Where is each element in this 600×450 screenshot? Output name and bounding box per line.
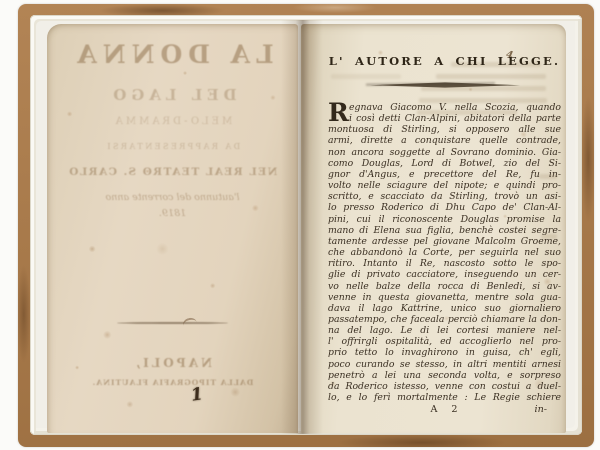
bleed-theater-line: NEL REAL TEATRO S. CARLO (47, 166, 298, 178)
text-line: glie di privato cacciatore, inseguendo u… (328, 269, 561, 280)
page-heading: L' AUTORE A CHI LEGGE. (328, 54, 561, 68)
text-line: egnava Giacomo V. nella Scozia, quando (349, 102, 561, 113)
body-lines: egnava Giacomo V. nella Scozia, quandoi … (328, 102, 561, 403)
text-line: prio tetto lo invaghirono in guisa, ch' … (328, 347, 561, 358)
bleed-year-line: 1819. (47, 208, 298, 219)
text-line: montuosa di Stirling, si opposero alle s… (328, 124, 561, 135)
text-line: poco curando se stesso, in altri mentiti… (328, 359, 561, 370)
bleed-imprint-press: DALLA TIPOGRAFIA FLAUTINA. (47, 378, 298, 387)
bleed-title-line2: DEL LAGO (47, 86, 298, 104)
bleed-season-line: l'autunno del corrente anno (47, 192, 298, 203)
drop-cap: R (328, 102, 349, 123)
bleed-subtitle1: MELO-DRAMMA (47, 116, 298, 127)
text-line: volto nelle sciagure del nipote; e quind… (328, 180, 561, 191)
body-text: R egnava Giacomo V. nella Scozia, quando… (328, 102, 561, 415)
text-line: vo nelle balze della rocca di Benledi, s… (328, 281, 561, 292)
text-line: lo, e lo ferì mortalmente : Le Regie sch… (328, 392, 561, 403)
text-line: passatempo, che faceala perciò chiamare … (328, 314, 561, 325)
text-line: lo presso Roderico di Dhu Capo de' Clan-… (328, 202, 561, 213)
text-line: da Roderico istesso, venne con costui a … (328, 381, 561, 392)
text-line: scritto, e scacciato da Stirling, trovò … (328, 191, 561, 202)
text-line: armi, dirette a conquistare quelle contr… (328, 135, 561, 146)
signature-row: A 2 in- (328, 404, 561, 415)
printed-text-block: L' AUTORE A CHI LEGGE. R egnava Giacomo … (328, 54, 561, 415)
text-line: mano di Elena sua figlia, benchè costei … (328, 225, 561, 236)
text-line: dava il lago Kattrine, unico suo giornal… (328, 303, 561, 314)
book-photo: LA DONNA DEL LAGO MELO-DRAMMA DA RAPPRES… (0, 0, 600, 450)
bleed-title-line1: LA DONNA (47, 40, 298, 69)
bleed-subtitle2: DA RAPPRESENTARSI (47, 142, 298, 151)
text-line: ritiro. Intanto il Re, nascosto sotto le… (328, 258, 561, 269)
bleedthrough-title-page: LA DONNA DEL LAGO MELO-DRAMMA DA RAPPRES… (47, 24, 298, 433)
text-line: venne in questa giovanetta, mentre sola … (328, 292, 561, 303)
text-line: na del lago. Le di lei cortesi maniere n… (328, 325, 561, 336)
rule-wrap (328, 81, 561, 89)
bleed-imprint-city: NAPOLI, (47, 356, 298, 370)
text-line: non ancora soggette al Sovrano dominio. … (328, 147, 561, 158)
bleed-rule (117, 322, 228, 324)
text-line: i così detti Clan-Alpini, abitatori dell… (349, 113, 561, 124)
gathering-signature: A 2 (430, 404, 458, 415)
text-line: pini, cui il riconoscente Douglas promis… (328, 214, 561, 225)
catchword: in- (535, 404, 548, 415)
text-line: penetrò a lei una seconda volta, e sorpr… (328, 370, 561, 381)
handwritten-numeral: 1 (190, 384, 205, 405)
text-line: l' offrirgli ospitalità, ed accoglierlo … (328, 336, 561, 347)
text-line: gnor d'Angus, e precettore del Re, fu in… (328, 169, 561, 180)
text-line: che abbandonò la Corte, per seguirla nel… (328, 247, 561, 258)
text-line: como Douglas, Lord di Botwel, zio del Si… (328, 158, 561, 169)
right-page: 4 L' AUTORE A CHI LEGGE. R egnava Giacom… (301, 24, 566, 433)
left-page: LA DONNA DEL LAGO MELO-DRAMMA DA RAPPRES… (47, 24, 298, 433)
text-line: tamente ardesse pel giovane Malcolm Groe… (328, 236, 561, 247)
